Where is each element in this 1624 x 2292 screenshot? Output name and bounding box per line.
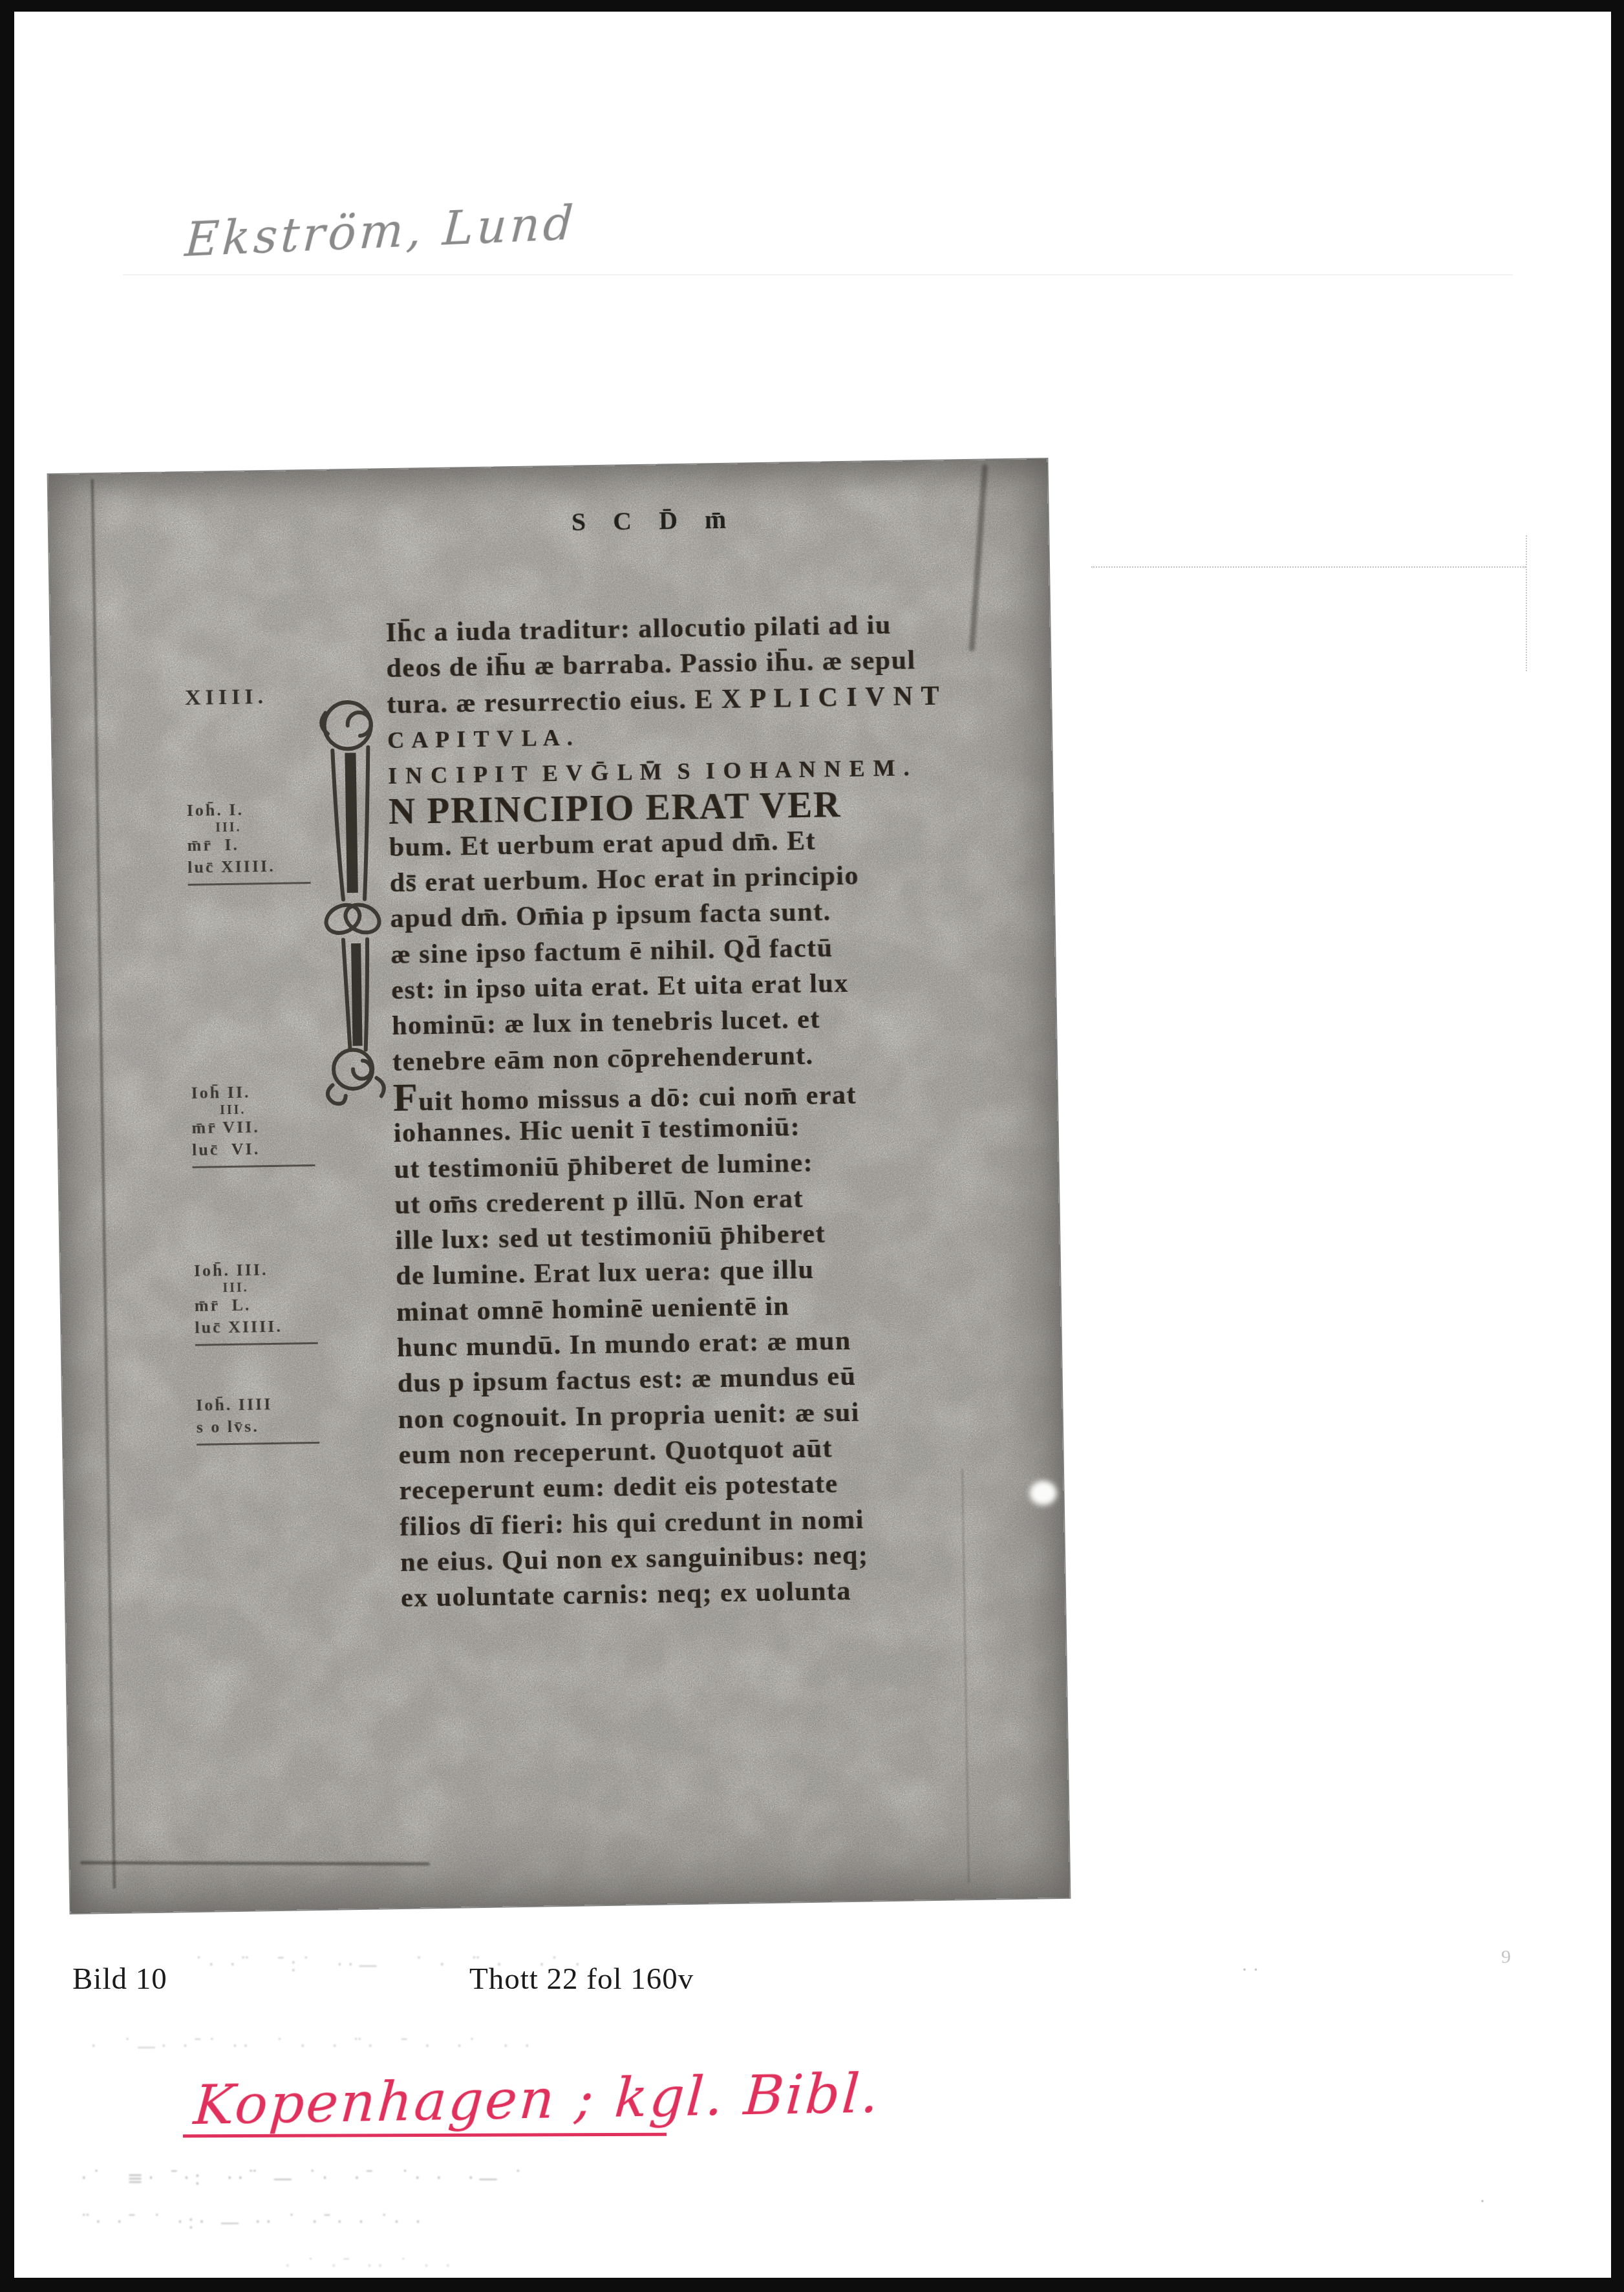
manuscript-line-20: minat omnē hominē uenientē in [396, 1291, 790, 1327]
manuscript-line-17: ut om̄s crederent p illū. Non erat [394, 1184, 804, 1220]
manuscript-line-28: ex uoluntate carnis: neq; ex uolunta [401, 1576, 851, 1613]
bleedthrough-row: ·˙ ≡· ˉ·: ··¨ — ˙· ·ˉ ˙· · ·— ˙ [81, 2167, 528, 2190]
manuscript-photo: S C D̄ m̄ XIIII. Ioh̄. I.III.m̄r̄ I.luc̄… [48, 459, 1070, 1913]
manuscript-line-25: receperunt eum: dedit eis potestate [399, 1469, 839, 1506]
red-ink-annotation: Kopenhagen ; kgl. Bibl. [192, 2062, 883, 2137]
bleedthrough-row: ˙· ·¨ ˉ:˙ ··— ˙ · ¨ · ·˙ · [194, 1954, 585, 1976]
manuscript-text: Ih̄c a iuda traditur: allocutio pilati a… [48, 459, 1070, 1913]
manuscript-line-15: iohannes. Hic uenit ī testimoniū: [393, 1112, 800, 1148]
manuscript-line-27: ne eius. Qui non ex sanguinibus: neq; [400, 1540, 869, 1577]
bleedthrough-row: · ˙ ·ˉ ·· ˙ · · [284, 2255, 455, 2278]
manuscript-line-11: est: in ipso uita erat. Et uita erat lux [391, 969, 849, 1005]
scan-artifact-line [123, 274, 1513, 275]
stray-mark: · · [1241, 1959, 1259, 1981]
manuscript-line-26: filios dī fieri: his qui credunt in nomi [400, 1505, 864, 1541]
manuscript-line-22: dus p ipsum factus est: æ mundus eū [397, 1362, 856, 1398]
manuscript-line-4: C A P I T V L A . [387, 722, 574, 755]
manuscript-line-14: Fuit homo missus a dō: cui nom̄ erat [392, 1076, 857, 1117]
manuscript-line-21: hunc mundū. In mundo erat: æ mun [397, 1326, 851, 1363]
manuscript-line-2: deos de ih̄u æ barraba. Passio ih̄u. æ s… [386, 646, 916, 684]
manuscript-line-1: Ih̄c a iuda traditur: allocutio pilati a… [385, 610, 892, 648]
scan-artifact-vertical-line [1526, 535, 1527, 671]
manuscript-line-7: bum. Et uerbum erat apud dm̄. Et [389, 826, 816, 862]
manuscript-line-6: N PRINCIPIO ERAT VER [389, 790, 842, 827]
manuscript-line-19: de lumine. Erat lux uera: que illu [396, 1255, 815, 1291]
scanned-page: Ekström, Lund S C D̄ m̄ XIIII. Ioh̄. I.I… [0, 0, 1624, 2292]
manuscript-line-10: æ sine ipso factum ē nihil. Qd̄ factū [390, 933, 833, 970]
scan-artifact-dotted-line [1091, 566, 1526, 568]
manuscript-line-23: non cognouit. In propria uenit: æ sui [398, 1397, 860, 1434]
bleedthrough-row: ¨· ·ˉ ˙ ·:· — ·· ˙ ·ˉ· · ˙· · [81, 2211, 425, 2234]
manuscript-line-9: apud dm̄. Om̄ia p ipsum facta sunt. [390, 897, 831, 934]
manuscript-line-16: ut testimoniū p̄hiberet de lumine: [394, 1148, 813, 1184]
manuscript-line-24: eum non receperunt. Quotquot aūt [398, 1433, 833, 1470]
manuscript-line-8: ds̄ erat uerbum. Hoc erat in principio [389, 861, 859, 898]
stray-mark: 9 [1501, 1946, 1511, 1968]
manuscript-line-18: ille lux: sed ut testimoniū p̄hiberet [395, 1219, 826, 1256]
manuscript-line-13: tenebre eām non cōprehenderunt. [392, 1040, 814, 1076]
manuscript-line-3: tura. æ resurrectio eius. E X P L I C I … [387, 681, 940, 719]
manuscript-line-12: hominū: æ lux in tenebris lucet. et [392, 1005, 820, 1041]
bleedthrough-row: · ˙—· ·ˉ˙ ·· ˙ · · ¨· ˉ · ·˙ · · [91, 2035, 535, 2058]
pencil-annotation: Ekström, Lund [184, 196, 578, 268]
stray-mark: · [1479, 2190, 1486, 2212]
caption-bild-number: Bild 10 [72, 1962, 167, 1997]
